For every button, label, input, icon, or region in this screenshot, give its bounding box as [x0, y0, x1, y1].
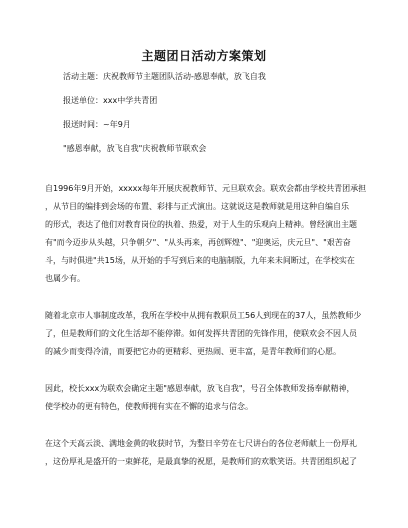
- paragraph-line: 的减少而变得冷清，而要把它办的更精彩、更热闹、更丰富，是青年教师们的心愿。: [45, 343, 367, 361]
- meta-submitting-unit: 报送单位：xxx中学共青团: [63, 95, 157, 106]
- meta-activity-theme: 活动主题：庆祝教师节主题团队活动-感恩奉献，放飞自我: [63, 71, 266, 82]
- paragraph-line: 有"而今迈步从头越，只争朝夕"、"从头再来，再创辉煌"、"迎奥运，庆元旦"、"艰…: [45, 234, 367, 252]
- paragraph-line: 的形式，表达了他们对教育岗位的执着、热爱，对于人生的乐观向上精神。曾经演出主题: [45, 216, 367, 234]
- paragraph-theme: 因此，校长xxx为联欢会确定主题"感恩奉献，放飞自我"，号召全体教师发扬奉献精神…: [45, 380, 367, 416]
- paragraph-line: ，这份厚礼是盛开的一束鲜花，是最真挚的祝愿，是教师们的欢歌笑语。共青团组织起了: [45, 453, 367, 471]
- paragraph-season: 在这个天高云淡、满地金黄的收获时节，为整日辛劳在七尺讲台的各位老师献上一份厚礼 …: [45, 435, 367, 471]
- document-title: 主题团日活动方案策划: [0, 47, 408, 64]
- paragraph-history: 自1996年9月开始，xxxxx每年开展庆祝教师节、元旦联欢会。联欢会都由学校共…: [45, 180, 367, 288]
- paragraph-line: ，从节目的编排到会场的布置、彩排与正式演出。这就说这是教师就是用这种自编自乐: [45, 198, 367, 216]
- paragraph-line: 因此，校长xxx为联欢会确定主题"感恩奉献，放飞自我"，号召全体教师发扬奉献精神…: [45, 380, 367, 398]
- paragraph-line: 在这个天高云淡、满地金黄的收获时节，为整日辛劳在七尺讲台的各位老师献上一份厚礼: [45, 435, 367, 453]
- paragraph-line: 斗，与时俱进"共15场，从开始的手写到后来的电脑制版，九年来未间断过，在学校实在: [45, 252, 367, 270]
- paragraph-line: 使学校办的更有特色，使教师拥有实在不懈的追求与信念。: [45, 398, 367, 416]
- paragraph-line: 随着北京市人事制度改革，我所在学校中从拥有教职员工56人到现在的37人，虽然教师…: [45, 307, 367, 325]
- paragraph-reform: 随着北京市人事制度改革，我所在学校中从拥有教职员工56人到现在的37人，虽然教师…: [45, 307, 367, 361]
- paragraph-line: 了，但是教师们的文化生活却不能停滞。如何发挥共青团的先锋作用，使联欢会不因人员: [45, 325, 367, 343]
- paragraph-line: 自1996年9月开始，xxxxx每年开展庆祝教师节、元旦联欢会。联欢会都由学校共…: [45, 180, 367, 198]
- paragraph-line: 也属少有。: [45, 270, 367, 288]
- document-page: 主题团日活动方案策划 活动主题：庆祝教师节主题团队活动-感恩奉献，放飞自我 报送…: [0, 0, 408, 528]
- meta-event-name: "感恩奉献，放飞自我"庆祝教师节联欢会: [63, 143, 206, 154]
- meta-submission-time: 报送时间：~年9月: [63, 119, 131, 130]
